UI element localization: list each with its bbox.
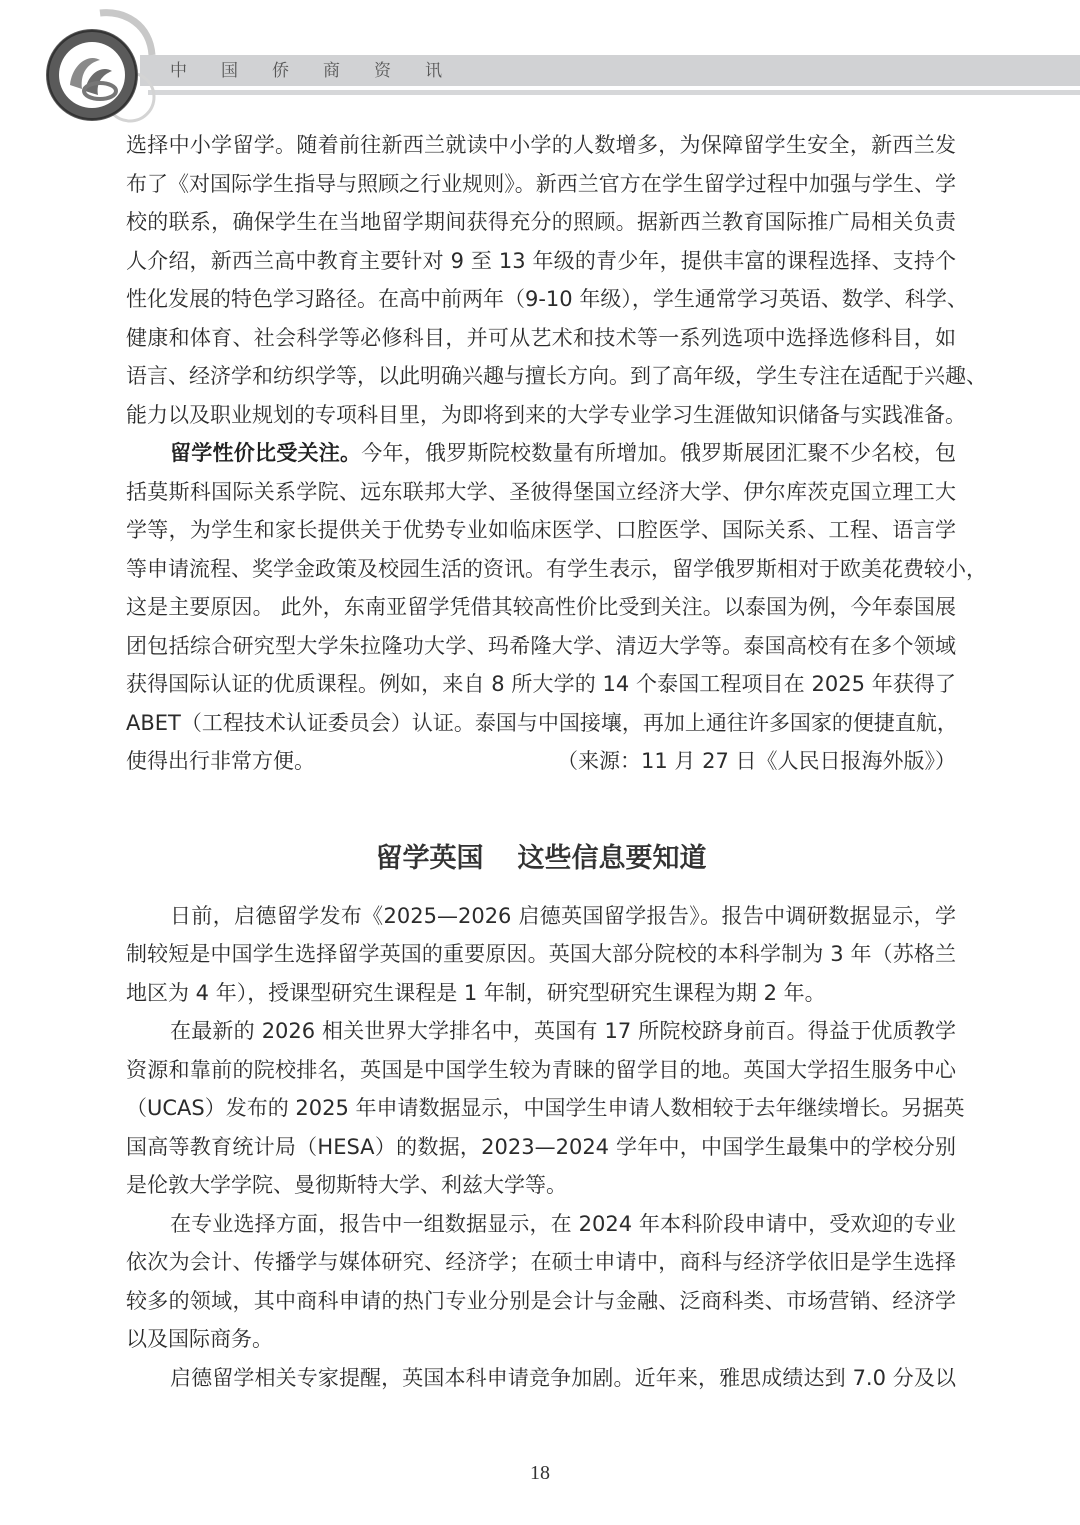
- article2-paragraph1: 日前，启德留学发布《2025—2026 启德英国留学报告》。报告中调研数据显示，…: [126, 897, 956, 1013]
- text-span: 今年，俄罗斯院校数量有所增加。俄罗斯展团汇聚不少名校，包: [361, 441, 956, 465]
- text-line: 选择中小学留学。随着前往新西兰就读中小学的人数增多，为保障留学生安全，新西兰发: [126, 126, 956, 165]
- header-title-char: 国: [221, 58, 272, 84]
- text-line: 这是主要原因。 此外，东南亚留学凭借其较高性价比受到关注。以泰国为例，今年泰国展: [126, 588, 956, 627]
- text-line: 在最新的 2026 相关世界大学排名中，英国有 17 所院校跻身前百。得益于优质…: [126, 1012, 956, 1051]
- text-line: （UCAS）发布的 2025 年申请数据显示，中国学生申请人数相较于去年继续增长…: [126, 1089, 956, 1128]
- text-line: 等申请流程、奖学金政策及校园生活的资讯。有学生表示，留学俄罗斯相对于欧美花费较小…: [126, 550, 956, 589]
- page-header: 中 国 侨 商 资 讯: [0, 0, 1080, 130]
- text-line: 能力以及职业规划的专项科目里，为即将到来的大学专业学习生涯做知识储备与实践准备。: [126, 396, 956, 435]
- text-line: 校的联系，确保学生在当地留学期间获得充分的照顾。据新西兰教育国际推广局相关负责: [126, 203, 956, 242]
- source-citation: （来源：11 月 27 日《人民日报海外版》）: [557, 742, 956, 781]
- header-title-char: 中: [170, 58, 221, 84]
- text-line: 是伦敦大学学院、曼彻斯特大学、利兹大学等。: [126, 1166, 956, 1205]
- text-line: 依次为会计、传播学与媒体研究、经济学；在硕士申请中，商科与经济学依旧是学生选择: [126, 1243, 956, 1282]
- header-title-char: 侨: [272, 58, 323, 84]
- header-title-char: 讯: [425, 58, 476, 84]
- text-line: 团包括综合研究型大学朱拉隆功大学、玛希隆大学、清迈大学等。泰国高校有在多个领域: [126, 627, 956, 666]
- text-line: 语言、经济学和纺织学等，以此明确兴趣与擅长方向。到了高年级，学生专注在适配于兴趣…: [126, 357, 956, 396]
- article-title: 留学英国这些信息要知道: [126, 829, 956, 889]
- text-line: 地区为 4 年），授课型研究生课程是 1 年制，研究型研究生课程为期 2 年。: [126, 974, 956, 1013]
- text-line: 括莫斯科国际关系学院、远东联邦大学、圣彼得堡国立经济大学、伊尔库茨克国立理工大: [126, 473, 956, 512]
- text-line: 性化发展的特色学习路径。在高中前两年（9-10 年级），学生通常学习英语、数学、…: [126, 280, 956, 319]
- text-line: 日前，启德留学发布《2025—2026 启德英国留学报告》。报告中调研数据显示，…: [126, 897, 956, 936]
- article1-paragraph2: 留学性价比受关注。今年，俄罗斯院校数量有所增加。俄罗斯展团汇聚不少名校，包 括莫…: [126, 434, 956, 781]
- text-line: 获得国际认证的优质课程。例如，来自 8 所大学的 14 个泰国工程项目在 202…: [126, 665, 956, 704]
- article-title-part2: 这些信息要知道: [518, 843, 707, 874]
- article2-paragraph4: 启德留学相关专家提醒，英国本科申请竞争加剧。近年来，雅思成绩达到 7.0 分及以: [126, 1359, 956, 1398]
- text-line: 健康和体育、社会科学等必修科目，并可从艺术和技术等一系列选项中选择选修科目，如: [126, 319, 956, 358]
- article2-paragraph2: 在最新的 2026 相关世界大学排名中，英国有 17 所院校跻身前百。得益于优质…: [126, 1012, 956, 1205]
- text-line: 人介绍，新西兰高中教育主要针对 9 至 13 年级的青少年，提供丰富的课程选择、…: [126, 242, 956, 281]
- text-line: 国高等教育统计局（HESA）的数据，2023—2024 学年中，中国学生最集中的…: [126, 1128, 956, 1167]
- article2-paragraph3: 在专业选择方面，报告中一组数据显示，在 2024 年本科阶段申请中，受欢迎的专业…: [126, 1205, 956, 1359]
- text-line: ABET（工程技术认证委员会）认证。泰国与中国接壤，再加上通往许多国家的便捷直航…: [126, 704, 956, 743]
- text-line: 使得出行非常方便。 （来源：11 月 27 日《人民日报海外版》）: [126, 742, 956, 781]
- text-line: 以及国际商务。: [126, 1320, 956, 1359]
- text-line: 学等，为学生和家长提供关于优势专业如临床医学、口腔医学、国际关系、工程、语言学: [126, 511, 956, 550]
- federation-logo-icon: [40, 5, 165, 125]
- text-line: 在专业选择方面，报告中一组数据显示，在 2024 年本科阶段申请中，受欢迎的专业: [126, 1205, 956, 1244]
- text-line: 启德留学相关专家提醒，英国本科申请竞争加剧。近年来，雅思成绩达到 7.0 分及以: [126, 1359, 956, 1398]
- text-line: 布了《对国际学生指导与照顾之行业规则》。新西兰官方在学生留学过程中加强与学生、学: [126, 165, 956, 204]
- article1-paragraph1: 选择中小学留学。随着前往新西兰就读中小学的人数增多，为保障留学生安全，新西兰发 …: [126, 126, 956, 434]
- article-title-part1: 留学英国: [376, 843, 484, 874]
- page-content: 选择中小学留学。随着前往新西兰就读中小学的人数增多，为保障留学生安全，新西兰发 …: [126, 126, 956, 1397]
- text-line: 资源和靠前的院校排名，英国是中国学生较为青睐的留学目的地。英国大学招生服务中心: [126, 1051, 956, 1090]
- header-rule: [148, 90, 1080, 95]
- paragraph-lead: 留学性价比受关注。: [170, 441, 361, 465]
- text-span: 使得出行非常方便。: [126, 742, 315, 781]
- text-line: 较多的领域，其中商科申请的热门专业分别是会计与金融、泛商科类、市场营销、经济学: [126, 1282, 956, 1321]
- text-line: 留学性价比受关注。今年，俄罗斯院校数量有所增加。俄罗斯展团汇聚不少名校，包: [126, 434, 956, 473]
- header-title-char: 资: [374, 58, 425, 84]
- header-title-char: 商: [323, 58, 374, 84]
- header-title: 中 国 侨 商 资 讯: [170, 58, 476, 84]
- text-line: 制较短是中国学生选择留学英国的重要原因。英国大部分院校的本科学制为 3 年（苏格…: [126, 935, 956, 974]
- page-number: 18: [0, 1462, 1080, 1485]
